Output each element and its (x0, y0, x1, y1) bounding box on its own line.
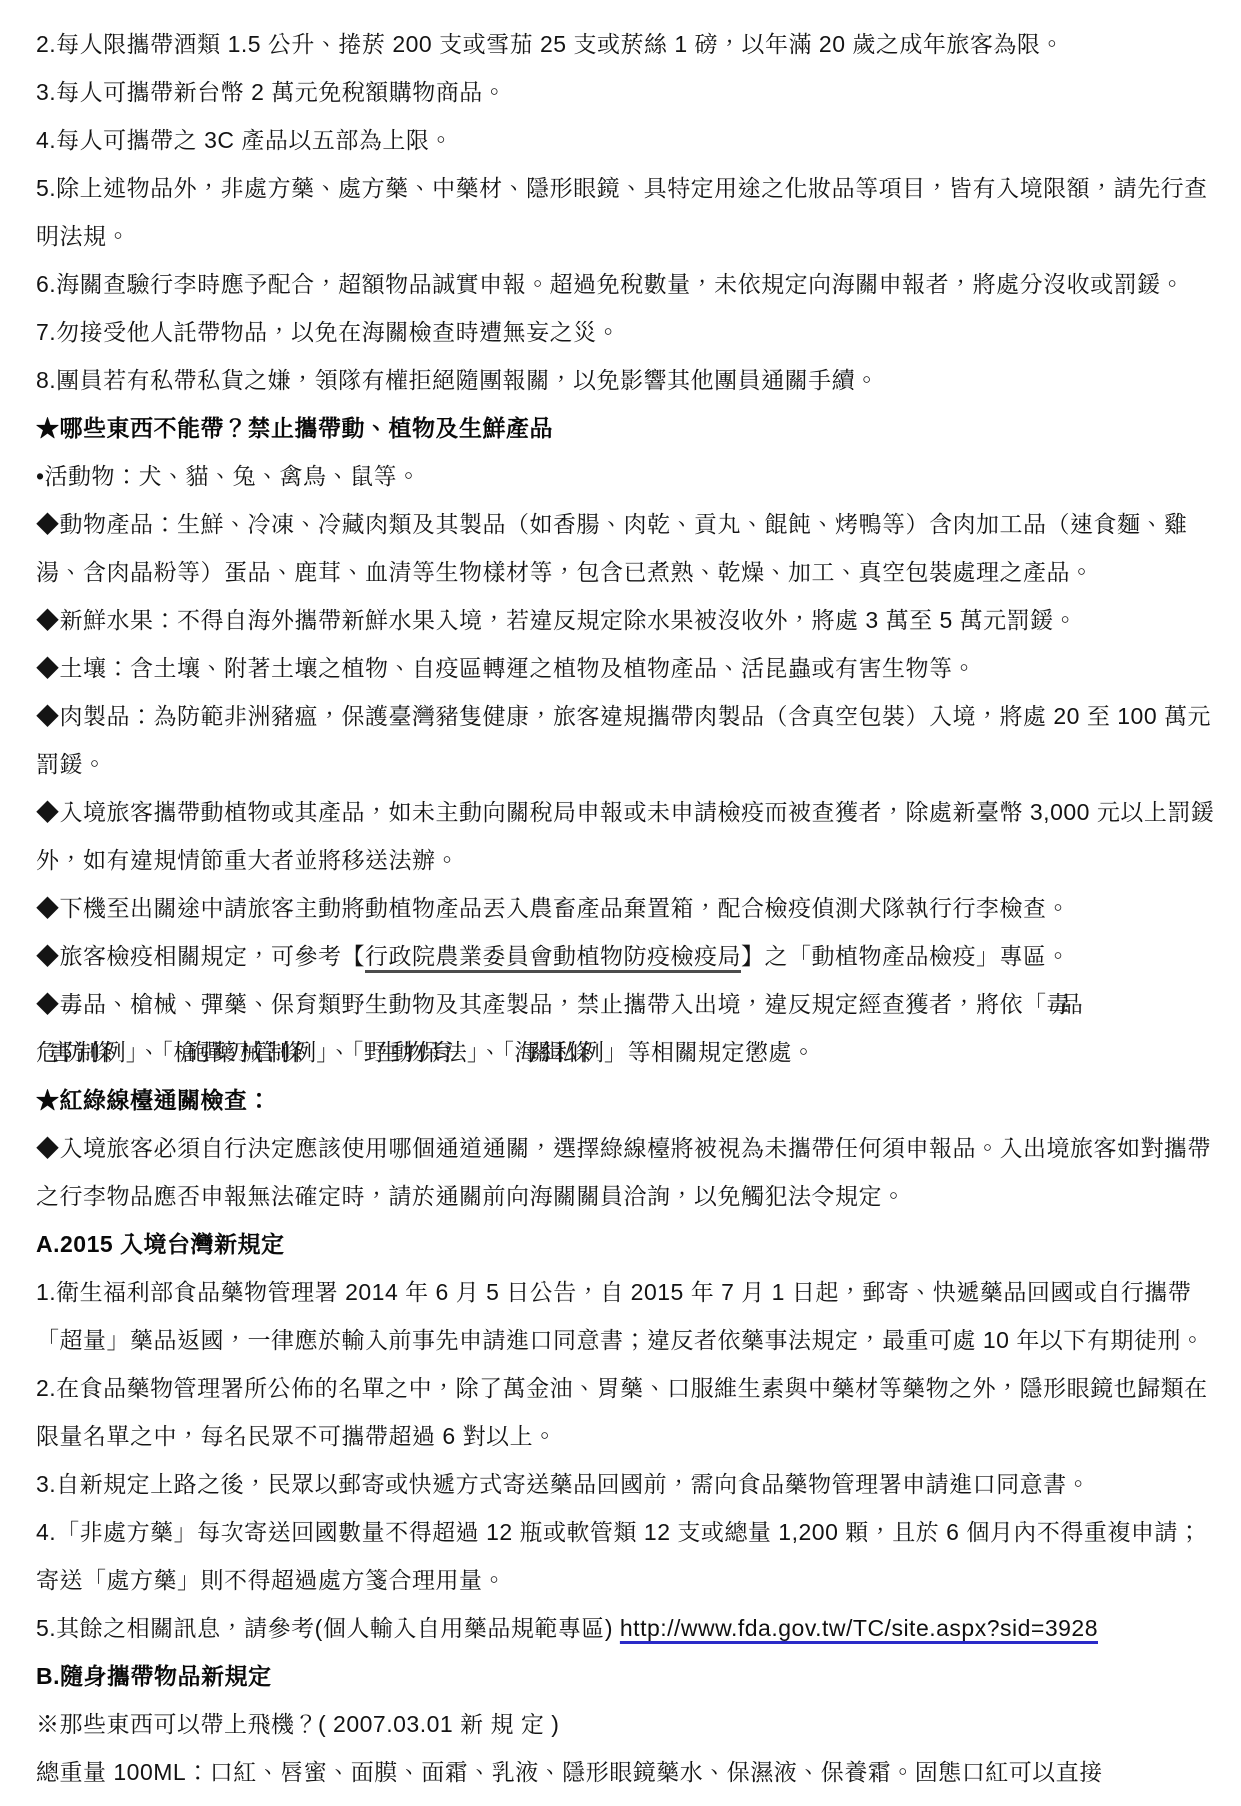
section-heading-red-green-channel: ★紅綠線檯通關檢查： (36, 1076, 1215, 1124)
quarantine-reference-prefix: ◆旅客檢疫相關規定，可參考【 (36, 943, 365, 969)
laws-separator-3: 」、「 (467, 1039, 515, 1065)
fda-info-prefix: 5.其餘之相關訊息，請參考(個人輸入自用藥品規範專區) (36, 1615, 620, 1641)
rule-tour-leader-refusal: 8.團員若有私帶私貨之嫌，領隊有權拒絕隨團報關，以免影響其他團員通關手續。 (36, 356, 1215, 404)
prohibited-soil: ◆土壤：含土壤、附著土壤之植物、自疫區轉運之植物及植物產品、活昆蟲或有害生物等。 (36, 644, 1215, 692)
laws-separator-2: 」、「 (316, 1039, 364, 1065)
fda-url-link[interactable]: http://www.fda.gov.tw/TC/site.aspx?sid=3… (620, 1615, 1098, 1641)
carry-on-question: ※那些東西可以帶上飛機？( 2007.03.01 新 規 定 ) (36, 1700, 1215, 1748)
laws-separator-1: 」、「 (126, 1039, 174, 1065)
law-name-lead: 毒品 (1047, 991, 1074, 1017)
law-name-3: 野生動物保育法 (364, 1039, 457, 1065)
rule-duty-free-goods-limit: 3.每人可攜帶新台幣 2 萬元免稅額購物商品。 (36, 68, 1215, 116)
prohibited-fresh-fruit: ◆新鮮水果：不得自海外攜帶新鮮水果入境，若違反規定除水果被沒收外，將處 3 萬至… (36, 596, 1215, 644)
rule-contact-lens-limit: 2.在食品藥物管理署所公佈的名單之中，除了萬金油、胃藥、口服維生素與中藥材等藥物… (36, 1364, 1215, 1460)
rule-alcohol-tobacco-limit: 2.每人限攜帶酒類 1.5 公升、捲菸 200 支或雪茄 25 支或菸絲 1 磅… (36, 20, 1215, 68)
rule-medicine-cosmetics-limit: 5.除上述物品外，非處方藥、處方藥、中藥材、隱形眼鏡、具特定用途之化妝品等項目，… (36, 164, 1215, 260)
rule-otc-medicine-quantity: 4.「非處方藥」每次寄送回國數量不得超過 12 瓶或軟管類 12 支或總量 1,… (36, 1508, 1215, 1604)
quarantine-reference: ◆旅客檢疫相關規定，可參考【行政院農業委員會動植物防疫檢疫局】之「動植物產品檢疫… (36, 932, 1215, 980)
law-name-1: 危害防制條例 (36, 1039, 116, 1065)
fda-info-reference: 5.其餘之相關訊息，請參考(個人輸入自用藥品規範專區) http://www.f… (36, 1604, 1215, 1652)
channel-selection-rule: ◆入境旅客必須自行決定應該使用哪個通道通關，選擇綠線檯將被視為未攜帶任何須申報品… (36, 1124, 1215, 1220)
section-heading-prohibited-items: ★哪些東西不能帶？禁止攜帶動、植物及生鮮產品 (36, 404, 1215, 452)
carry-on-liquids-list: 總重量 100ML：口紅、唇蜜、面膜、面霜、乳液、隱形眼鏡藥水、保濕液、保養霜。… (36, 1748, 1215, 1796)
law-name-2: 槍砲彈藥刀械管制條例 (173, 1039, 306, 1065)
prohibited-live-animals: •活動物：犬、貓、兔、禽鳥、鼠等。 (36, 452, 1215, 500)
section-heading-b-carry-on-rules: B.隨身攜帶物品新規定 (36, 1652, 1215, 1700)
rule-3c-products-limit: 4.每人可攜帶之 3C 產品以五部為上限。 (36, 116, 1215, 164)
rule-mail-medicine-permit: 3.自新規定上路之後，民眾以郵寄或快遞方式寄送藥品回國前，需向食品藥物管理署申請… (36, 1460, 1215, 1508)
section-heading-a-2015-rules: A.2015 入境台灣新規定 (36, 1220, 1215, 1268)
prohibited-animal-products: ◆動物產品：生鮮、冷凍、冷藏肉類及其製品（如香腸、肉乾、貢丸、餛飩、烤鴨等）含肉… (36, 500, 1215, 596)
rule-fda-announcement: 1.衛生福利部食品藥物管理署 2014 年 6 月 5 日公告，自 2015 年… (36, 1268, 1215, 1364)
disposal-bin-notice: ◆下機至出關途中請旅客主動將動植物產品丟入農畜產品棄置箱，配合檢疫偵測犬隊執行行… (36, 884, 1215, 932)
customs-regulations-document: 2.每人限攜帶酒類 1.5 公升、捲菸 200 支或雪茄 25 支或菸絲 1 磅… (0, 0, 1241, 1806)
prohibited-meat-products: ◆肉製品：為防範非洲豬瘟，保護臺灣豬隻健康，旅客違規攜帶肉製品（含真空包裝）入境… (36, 692, 1215, 788)
laws-prefix: ◆毒品、槍械、彈藥、保育類野生動物及其產製品，禁止攜帶入出境，違反規定經查獲者，… (36, 991, 1047, 1017)
penalty-undeclared-plants-animals: ◆入境旅客攜帶動植物或其產品，如未主動向關稅局申報或未申請檢疫而被查獲者，除處新… (36, 788, 1215, 884)
quarantine-agency-link[interactable]: 行政院農業委員會動植物防疫檢疫局 (365, 943, 741, 969)
quarantine-reference-suffix: 】之「動植物產品檢疫」專區。 (741, 943, 1070, 969)
laws-tail: 」等相關規定懲處。 (604, 1039, 816, 1065)
law-name-4: 海關緝私條例 (514, 1039, 594, 1065)
prohibited-drugs-weapons-laws: ◆毒品、槍械、彈藥、保育類野生動物及其產製品，禁止攜帶入出境，違反規定經查獲者，… (36, 980, 1215, 1076)
rule-customs-inspection: 6.海關查驗行李時應予配合，超額物品誠實申報。超過免稅數量，未依規定向海關申報者… (36, 260, 1215, 308)
rule-no-carrying-for-others: 7.勿接受他人託帶物品，以免在海關檢查時遭無妄之災。 (36, 308, 1215, 356)
